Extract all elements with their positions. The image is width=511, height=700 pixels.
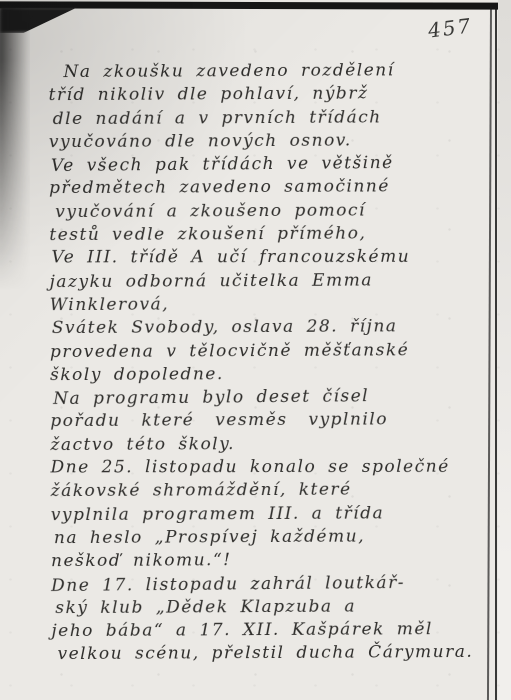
manuscript-line: Dne 25. listopadu konalo se společné xyxy=(51,456,491,480)
manuscript-line: na heslo „Prospívej každému, xyxy=(54,525,491,551)
manuscript-line: Svátek Svobody, oslava 28. října xyxy=(52,315,490,341)
scan-right-margin xyxy=(498,0,511,700)
manuscript-line: Na zkoušku zavedeno rozdělení xyxy=(63,59,488,85)
manuscript-line: školy dopoledne. xyxy=(50,362,490,388)
page-edge-line-inner xyxy=(495,7,497,700)
manuscript-line: vyučování a zkoušeno pomocí xyxy=(55,199,489,225)
manuscript-line: velkou scénu, přelstil ducha Čárymura. xyxy=(57,641,491,667)
manuscript-line: testů vedle zkoušení přímého, xyxy=(49,222,489,248)
manuscript-line: tříd nikoliv dle pohlaví, nýbrž xyxy=(49,82,489,108)
manuscript-line: jazyku odborná učitelka Emma xyxy=(50,269,490,295)
manuscript-text-block: Na zkoušku zavedeno rozdělení tříd nikol… xyxy=(48,59,491,667)
manuscript-line: dle nadání a v prvních třídách xyxy=(53,105,489,131)
manuscript-line: Dne 17. listopadu zahrál loutkář- xyxy=(51,571,491,598)
manuscript-line: pořadu které vesměs vyplnilo xyxy=(50,408,490,434)
scan-left-shadow xyxy=(0,6,30,306)
manuscript-line: žactvo této školy. xyxy=(50,432,490,458)
manuscript-line: jeho bába“ a 17. XII. Kašpárek měl xyxy=(51,618,491,644)
manuscript-line: vyplnila programem III. a třída xyxy=(51,501,491,527)
manuscript-line: Na programu bylo deset čísel xyxy=(53,384,490,411)
manuscript-line: žákovské shromáždění, které xyxy=(51,478,491,504)
manuscript-line: vyučováno dle nových osnov. xyxy=(49,129,489,155)
manuscript-line: Ve všech pak třídách ve většině xyxy=(51,151,489,178)
manuscript-line: neškoď nikomu.“! xyxy=(51,548,491,574)
manuscript-line: Ve III. třídě A učí francouzskému xyxy=(51,246,489,270)
page-number: 457 xyxy=(427,13,474,42)
scanned-manuscript-page: 457 Na zkoušku zavedeno rozdělení tříd n… xyxy=(0,0,511,700)
manuscript-line: Winklerová, xyxy=(50,292,490,318)
manuscript-line: provedena v tělocvičně měšťanské xyxy=(50,338,490,364)
manuscript-line: ský klub „Dědek Klapzuba a xyxy=(55,595,491,621)
manuscript-line: předmětech zavedeno samočinné xyxy=(49,175,489,201)
